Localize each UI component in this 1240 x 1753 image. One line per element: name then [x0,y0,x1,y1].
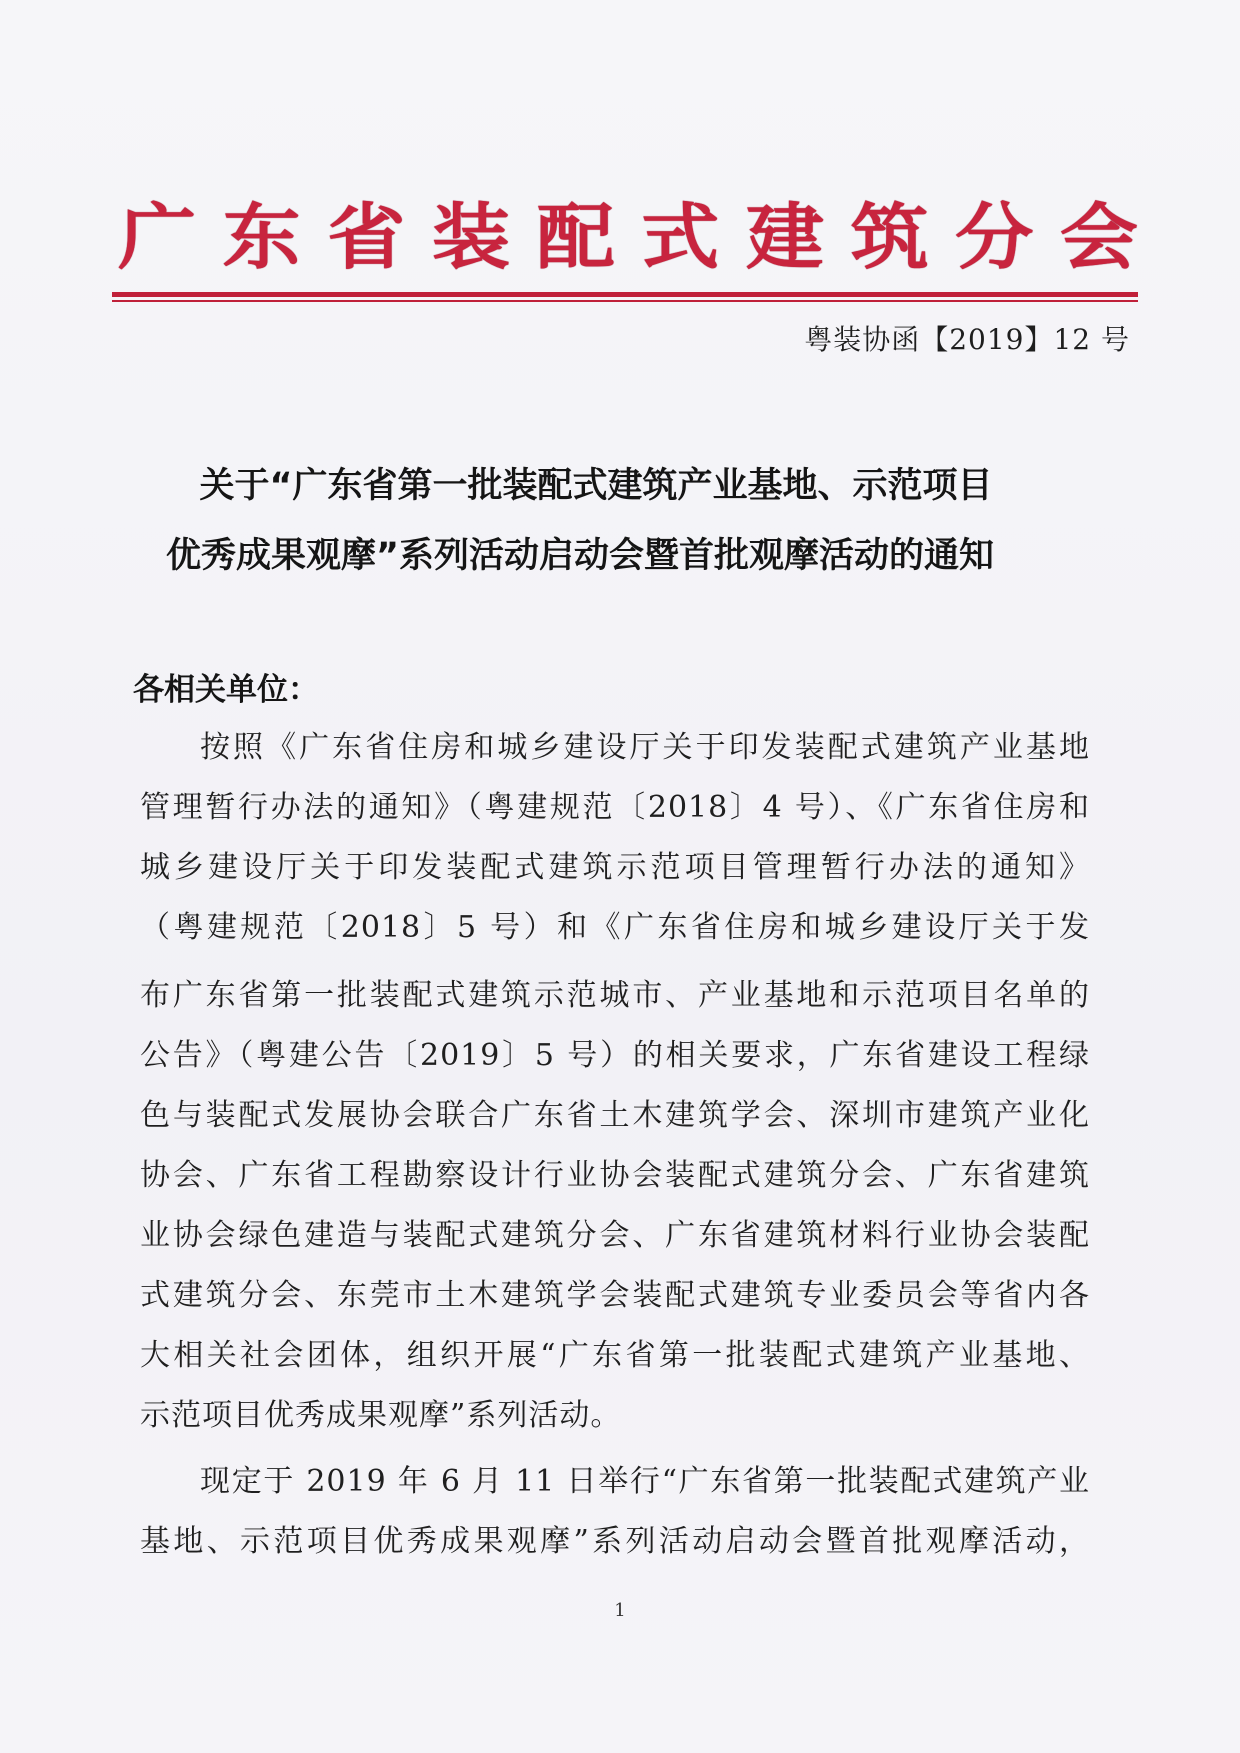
letterhead-char: 东 [223,201,301,275]
body-line: 示范项目优秀成果观摩”系列活动。 [140,1390,1090,1434]
body-line: 公告》（粤建公告〔2019〕5 号）的相关要求，广东省建设工程绿 [140,1030,1090,1074]
letterhead-char: 式 [641,201,719,275]
body-line: 布广东省第一批装配式建筑示范城市、产业基地和示范项目名单的 [140,970,1090,1014]
body-line: 色与装配式发展协会联合广东省土木建筑学会、深圳市建筑产业化 [140,1090,1090,1134]
letterhead-red-rule-thin [112,300,1138,302]
document-page: 广 东 省 装 配 式 建 筑 分 会 粤装协函【2019】12 号 关于“广东… [0,0,1240,1753]
body-line: 基地、示范项目优秀成果观摩”系列活动启动会暨首批观摩活动， [140,1516,1090,1560]
letterhead-char: 分 [955,201,1033,275]
document-number: 粤装协函【2019】12 号 [804,318,1130,358]
body-line: 按照《广东省住房和城乡建设厅关于印发装配式建筑产业基地 [200,722,1090,766]
notice-title-line-1: 关于“广东省第一批装配式建筑产业基地、示范项目 [0,458,1216,508]
body-line: 式建筑分会、东莞市土木建筑学会装配式建筑专业委员会等省内各 [140,1270,1090,1314]
body-line: 管理暂行办法的通知》（粤建规范〔2018〕4 号）、《广东省住房和 [140,782,1090,826]
letterhead-char: 装 [432,201,510,275]
notice-title-line-2: 优秀成果观摩”系列活动启动会暨首批观摩活动的通知 [0,528,1200,578]
letterhead-char: 配 [537,201,615,275]
page-number: 1 [0,1600,1240,1621]
body-line: 大相关社会团体，组织开展“广东省第一批装配式建筑产业基地、 [140,1330,1090,1374]
body-line: 城乡建设厅关于印发装配式建筑示范项目管理暂行办法的通知》 [140,842,1090,886]
letterhead-char: 会 [1060,201,1138,275]
letterhead-char: 建 [746,201,824,275]
body-line: 业协会绿色建造与装配式建筑分会、广东省建筑材料行业协会装配 [140,1210,1090,1254]
body-line: 协会、广东省工程勘察设计行业协会装配式建筑分会、广东省建筑 [140,1150,1090,1194]
letterhead-char: 广 [118,201,196,275]
body-line: （粤建规范〔2018〕5 号）和《广东省住房和城乡建设厅关于发 [140,902,1090,946]
letterhead-red-rule-thick [112,292,1138,297]
letterhead-char: 省 [327,201,405,275]
body-line: 现定于 2019 年 6 月 11 日举行“广东省第一批装配式建筑产业 [200,1456,1090,1500]
salutation: 各相关单位： [133,664,319,709]
letterhead-char: 筑 [851,201,929,275]
letterhead-title: 广 东 省 装 配 式 建 筑 分 会 [118,198,1138,278]
